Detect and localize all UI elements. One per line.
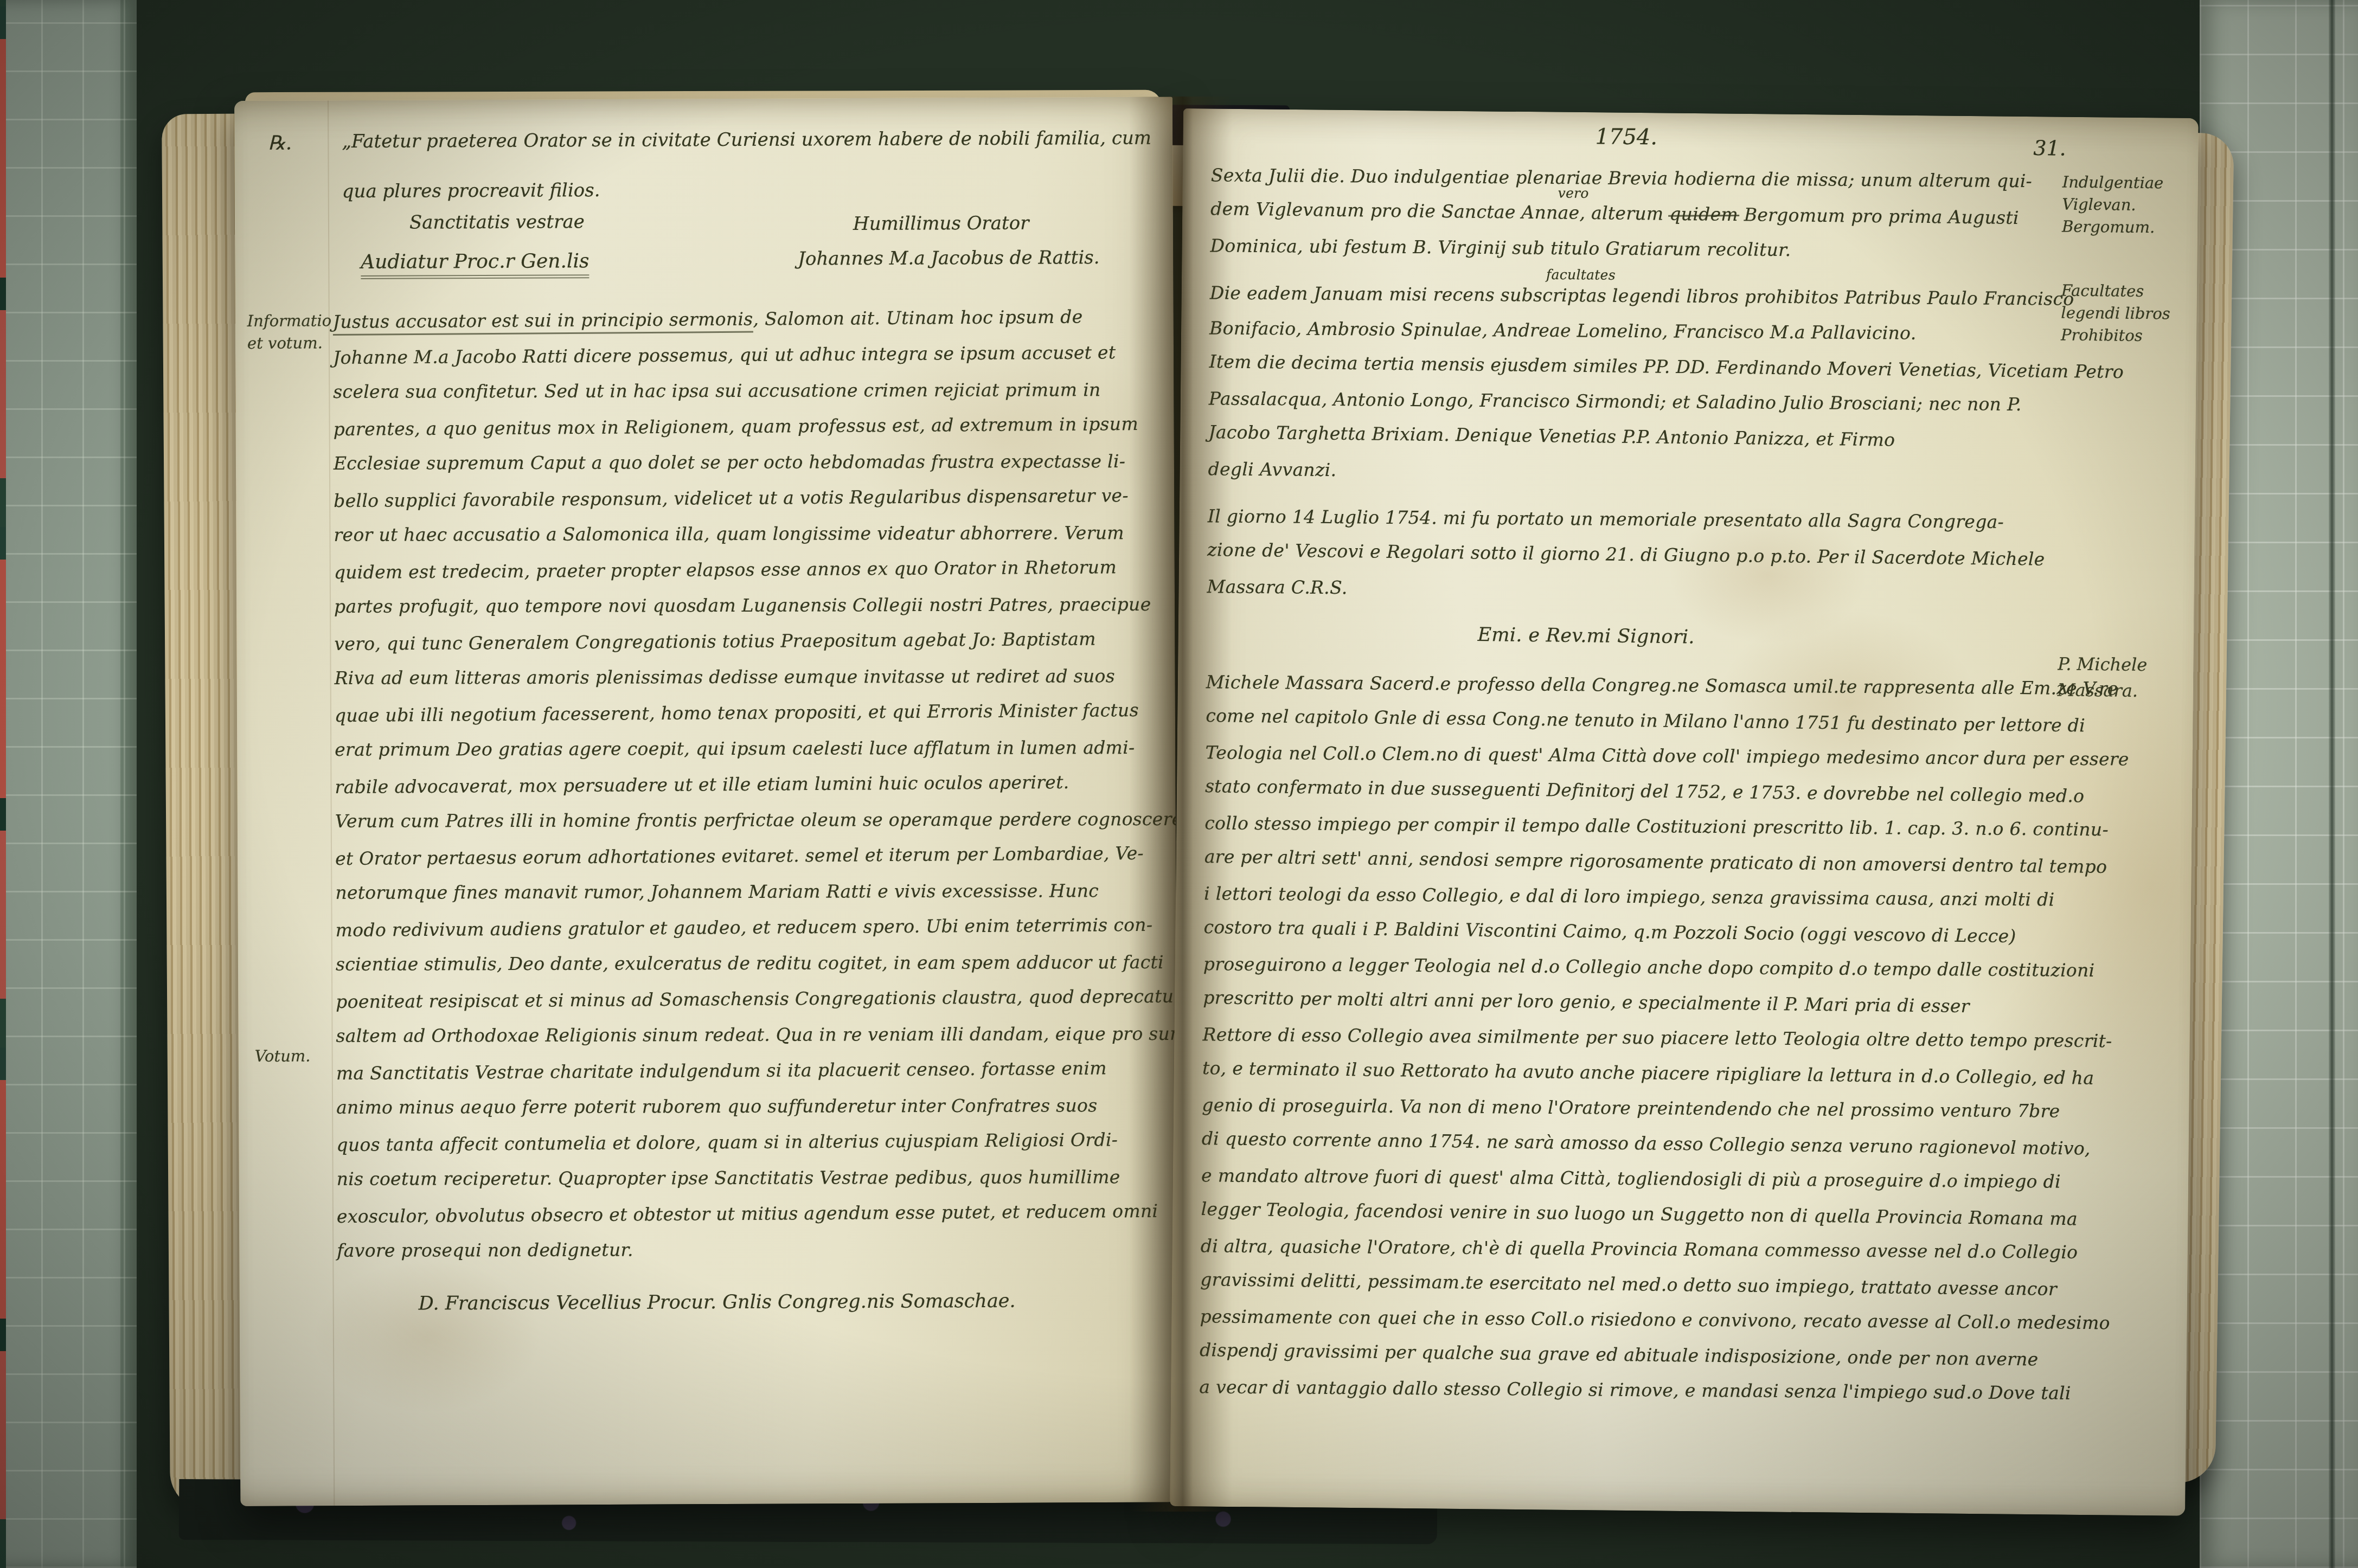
text-line: quidem est tredecim, praeter propter ela…: [334, 549, 1158, 590]
text-line: legendi libros: [2061, 302, 2170, 325]
text-line-with-insertion: Die eadem Januam misi recens subscriptas…: [1210, 275, 2056, 316]
text-line: exosculor, obvolutus obsecro et obtestor…: [337, 1193, 1161, 1235]
text-line: poeniteat resipiscat et si minus ad Soma…: [336, 979, 1160, 1020]
text-line: Dominica, ubi festum B. Virginij sub tit…: [1210, 228, 2056, 269]
closing-address: Sanctitatis vestrae: [409, 211, 585, 233]
body-first-line: Justus accusator est sui in principio se…: [333, 299, 1083, 339]
closing-signature-name: Johannes M.a Jacobus de Rattis.: [798, 247, 1099, 269]
text-line: vero, qui tunc Generalem Congregationis …: [334, 621, 1158, 662]
body-text: Johanne M.a Jacobo Ratti dicere possemus…: [333, 336, 1161, 1270]
text-line: Massara C.R.S.: [1207, 569, 2053, 610]
text-line: degli Avvanzi.: [1208, 451, 2054, 492]
text-line: scientiae stimulis, Deo dante, exulcerat…: [336, 944, 1160, 982]
entry-faculties: Die eadem Januam misi recens subscriptas…: [1208, 274, 2056, 493]
text-segment: Bergomum pro prima Augusti: [1738, 204, 2019, 228]
text-line: modo redivivum audiens gratulor et gaude…: [335, 907, 1159, 948]
quote-line: qua plures procreavit filios.: [342, 179, 600, 202]
text-line: Riva ad eum litteras amoris plenissimas …: [335, 658, 1159, 696]
text-line: a vecar di vantaggio dallo stesso Colleg…: [1199, 1369, 2045, 1410]
text-line: Johanne M.a Jacobo Ratti dicere possemus…: [333, 335, 1157, 376]
calibration-grid-right-rule: [2329, 0, 2335, 1568]
corner-mark: ℞.: [268, 132, 292, 155]
text-line: Prohibitos: [2061, 324, 2170, 348]
closing-orator: Humillimus Orator: [853, 213, 1029, 235]
year-header: 1754.: [1595, 124, 1657, 150]
folio-number: 31.: [2033, 136, 2066, 160]
text-line: netorumque fines manavit rumor, Johannem…: [335, 873, 1159, 911]
text-line: Verum cum Patres illi in homine frontis …: [335, 801, 1159, 839]
interlinear-correction: vero: [1558, 186, 1588, 200]
text-line: partes profugit, quo tempore novi quosda…: [334, 587, 1158, 625]
text-line: Indulgentiae: [2062, 171, 2164, 195]
entry-memorial: Il giorno 14 Luglio 1754. mi fu portato …: [1207, 497, 2054, 611]
quote-line: „Fatetur praeterea Orator se in civitate…: [342, 127, 1151, 153]
closing-audiatur-text: Audiatur Proc.r Gen.lis: [361, 250, 589, 279]
right-page: 1754. 31. IndulgentiaeViglevan.Bergomum.…: [1170, 108, 2199, 1516]
text-line: parentes, a quo genitus mox in Religione…: [333, 406, 1157, 447]
right-page-text: Sexta Julii die. Duo indulgentiae plenar…: [1199, 156, 2057, 1411]
left-page: ℞. „Fatetur praeterea Orator se in civit…: [234, 97, 1178, 1506]
text-segment: legendi libros prohibitos Patribus Paulo…: [1612, 285, 2074, 310]
text-line: Ecclesiae supremum Caput a quo dolet se …: [334, 444, 1158, 481]
text-line: et Orator pertaesus eorum adhortationes …: [335, 836, 1159, 877]
interlinear-insertion: facultates: [1546, 268, 1616, 282]
text-line: animo minus aequo ferre poterit ruborem …: [336, 1088, 1161, 1126]
entry-indulgences: Sexta Julii die. Duo indulgentiae plenar…: [1210, 156, 2057, 270]
petition-text: Michele Massara Sacerd.e professo della …: [1199, 663, 2052, 1411]
struck-word: quidem: [1669, 203, 1738, 225]
text-line: nis coetum reciperetur. Quapropter ipse …: [337, 1159, 1161, 1197]
text-segment: dem Viglevanum pro die Sanctae Annae, al…: [1210, 198, 1670, 224]
text-line: bello supplici favorabile responsum, vid…: [334, 478, 1158, 519]
text-line: Bergomum.: [2062, 216, 2163, 239]
text-line: Viglevan.: [2062, 194, 2163, 217]
text-line: P. Michele: [2058, 651, 2147, 678]
body-first-line-underlined: Justus accusator est sui in principio se…: [333, 309, 753, 336]
procurator-signature: D. Franciscus Vecellius Procur. Gnlis Co…: [419, 1290, 1016, 1315]
closing-audiatur: Audiatur Proc.r Gen.lis: [361, 250, 589, 273]
text-line: reor ut haec accusatio a Salomonica illa…: [334, 515, 1158, 553]
body-first-line-rest: , Salomon ait. Utinam hoc ipsum de: [753, 306, 1082, 329]
archival-photo: ℞. „Fatetur praeterea Orator se in civit…: [0, 0, 2358, 1568]
margin-note-faculties: Facultateslegendi librosProhibitos: [2061, 280, 2170, 348]
calibration-grid-left: [0, 0, 137, 1568]
text-line: rabile advocaverat, mox persuadere ut et…: [335, 764, 1159, 805]
text-line: saltem ad Orthodoxae Religionis sinum re…: [336, 1016, 1160, 1054]
margin-note-indulgences: IndulgentiaeViglevan.Bergomum.: [2062, 171, 2164, 239]
text-line: Facultates: [2061, 280, 2171, 303]
text-segment: Die eadem Januam misi recens subscriptas: [1210, 282, 1612, 306]
faculties-lines: Bonifacio, Ambrosio Spinulae, Andreae Lo…: [1208, 309, 2055, 493]
calibration-red-edge: [0, 0, 6, 1568]
text-line: favore prosequi non dedignetur.: [337, 1231, 1161, 1269]
text-line: quae ubi illi negotium facesserent, homo…: [335, 692, 1159, 734]
text-line: quos tanta affecit contumelia et dolore,…: [336, 1122, 1161, 1163]
text-line: scelera sua confitetur. Sed ut in hac ip…: [333, 372, 1157, 410]
salutation: Emi. e Rev.mi Signori.: [1206, 614, 1966, 658]
text-line: ma Sanctitatis Vestrae charitate indulge…: [336, 1050, 1161, 1091]
text-line: erat primum Deo gratias agere coepit, qu…: [335, 730, 1159, 768]
margin-note-votum: Votum.: [255, 1045, 311, 1067]
